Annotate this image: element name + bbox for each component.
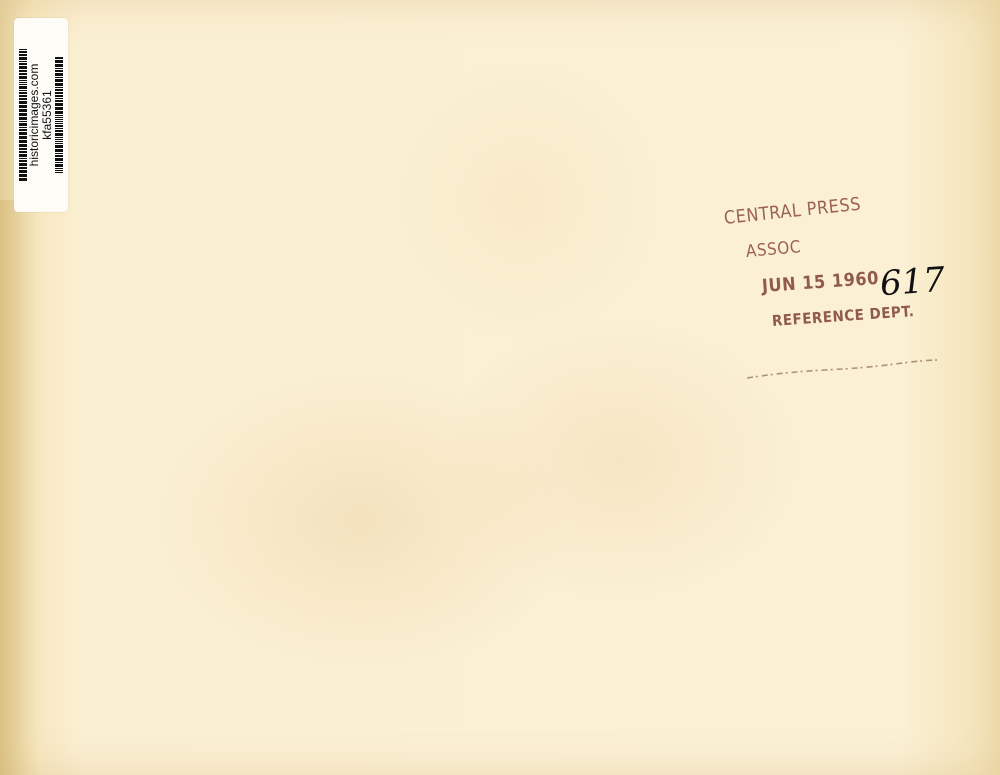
barcode-bottom — [55, 57, 63, 173]
stamp-agency-line2: ASSOC — [745, 237, 802, 262]
stamp-date: JUN 15 1960 — [761, 268, 879, 297]
barcode-label: historicimages.com kfa55361 — [14, 18, 68, 212]
ink-smear — [745, 358, 940, 382]
handwritten-number: 617 — [879, 260, 947, 304]
photo-back: historicimages.com kfa55361 CENTRAL PRES… — [0, 0, 1000, 775]
stamp-department: REFERENCE DEPT. — [771, 302, 915, 330]
label-code-text: kfa55361 — [41, 90, 54, 139]
edge-stain — [0, 200, 40, 775]
stamp-agency-line1: CENTRAL PRESS — [723, 194, 862, 229]
barcode-top — [19, 49, 27, 181]
